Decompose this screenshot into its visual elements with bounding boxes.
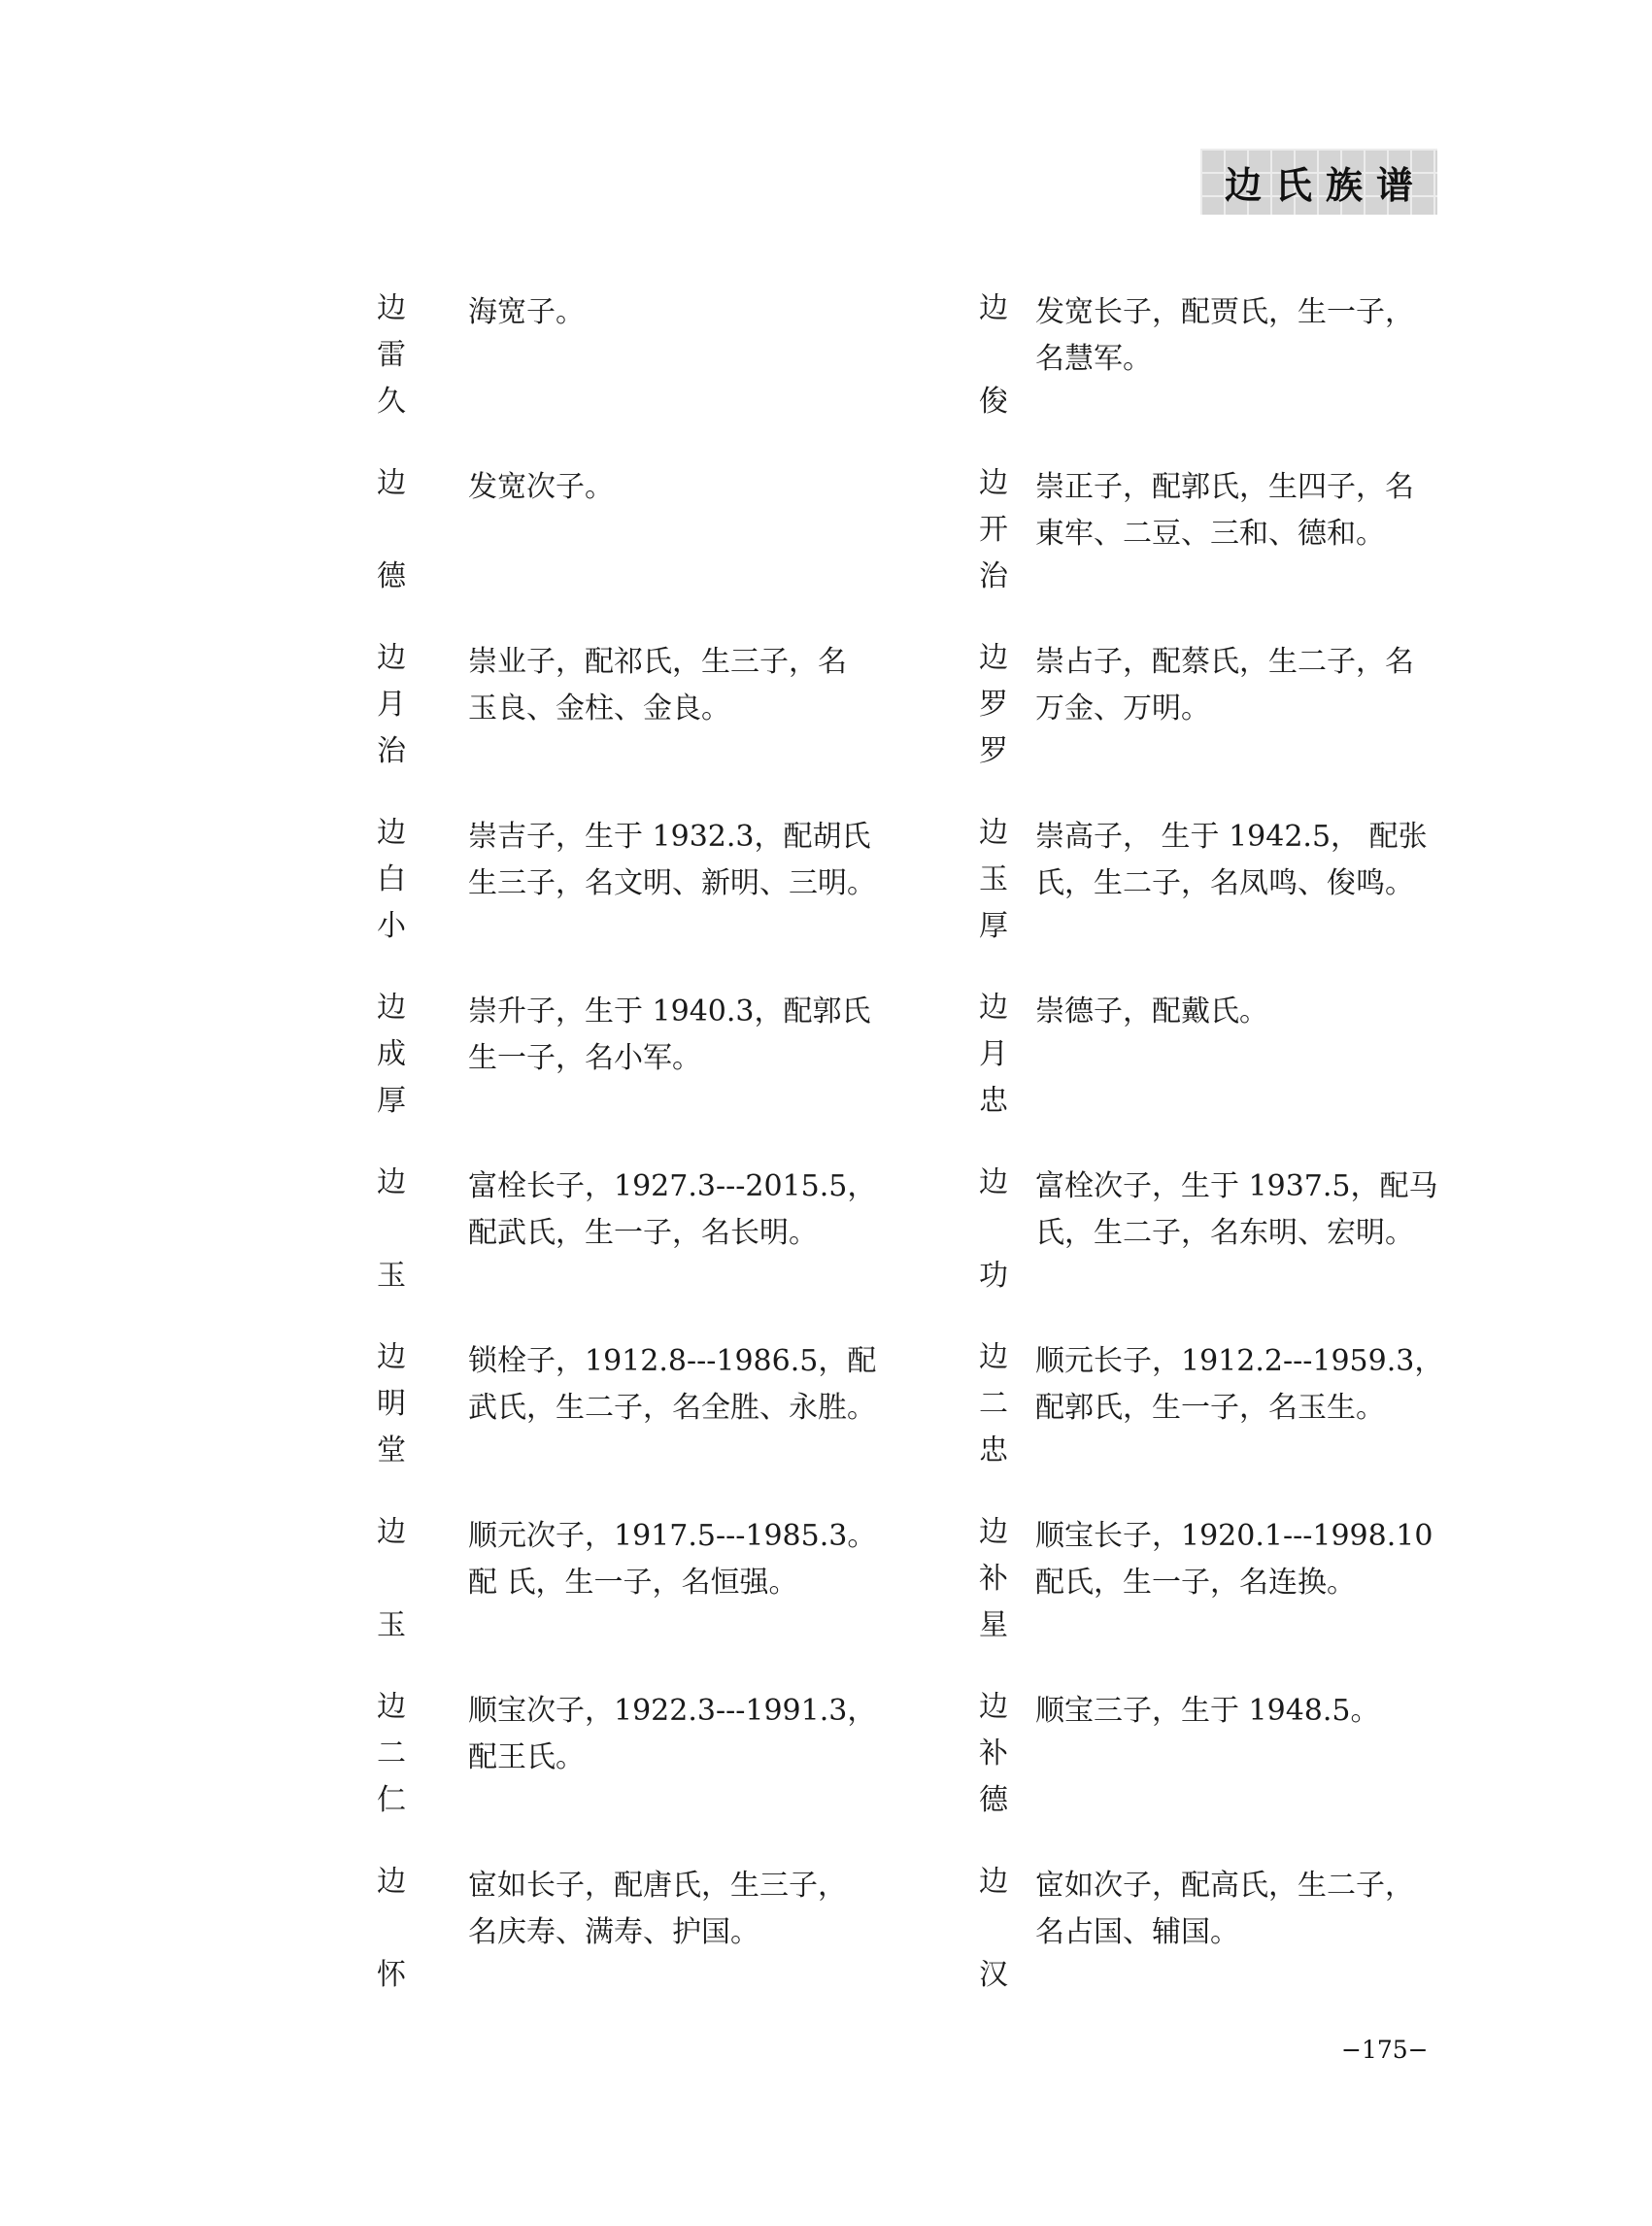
name-character: 汉 xyxy=(976,1956,1011,1995)
genealogy-entry: 边怀宧如长子，配唐氏，生三子，名庆寿、满寿、护国。 xyxy=(374,1867,898,2012)
name-character: 边 xyxy=(374,289,409,328)
person-description: 崇吉子，生于 1932.3，配胡氏生三子，名文明、新明、三明。 xyxy=(468,814,876,907)
genealogy-entry: 边月忠崇德子，配戴氏。 xyxy=(976,993,1462,1138)
description-line: 富栓次子，生于 1937.5，配马 xyxy=(1035,1164,1438,1210)
description-line: 顺宝三子，生于 1948.5。 xyxy=(1035,1688,1380,1735)
page-header-title: 边氏族谱 xyxy=(1211,155,1427,209)
genealogy-entry: 边明堂锁栓子，1912.8---1986.5，配武氏，生二子，名全胜、永胜。 xyxy=(374,1342,898,1488)
description-line: 崇吉子，生于 1932.3，配胡氏 xyxy=(468,814,876,860)
description-line: 顺宝长子，1920.1---1998.10 xyxy=(1035,1513,1433,1560)
description-line: 顺宝次子，1922.3---1991.3， xyxy=(468,1688,876,1735)
description-line: 崇德子，配戴氏。 xyxy=(1035,989,1268,1035)
description-line: 崇正子，配郭氏，生四子，名 xyxy=(1035,464,1414,511)
person-description: 顺元长子，1912.2---1959.3，配郭氏，生一子，名玉生。 xyxy=(1035,1338,1443,1432)
name-character: 边 xyxy=(374,814,409,853)
genealogy-entry: 边汉宧如次子，配高氏，生二子，名占国、辅国。 xyxy=(976,1867,1462,2012)
name-character: 二 xyxy=(374,1735,409,1773)
description-line: 生一子，名小军。 xyxy=(468,1035,871,1082)
person-description: 宧如次子，配高氏，生二子，名占国、辅国。 xyxy=(1035,1863,1414,1956)
page-number: −175− xyxy=(1341,2036,1429,2065)
name-character: 久 xyxy=(374,383,409,422)
name-character: 功 xyxy=(976,1257,1011,1296)
description-line: 玉良、金柱、金良。 xyxy=(468,686,847,732)
name-character: 二 xyxy=(976,1385,1011,1424)
description-line: 配郭氏，生一子，名玉生。 xyxy=(1035,1385,1443,1432)
name-character: 边 xyxy=(976,1338,1011,1377)
name-character: 边 xyxy=(374,1863,409,1902)
name-character: 白 xyxy=(374,860,409,899)
name-character: 边 xyxy=(374,1164,409,1202)
genealogy-entry: 边二仁顺宝次子，1922.3---1991.3，配王氏。 xyxy=(374,1692,898,1838)
genealogy-entry: 边俊发宽长子，配贾氏，生一子，名慧军。 xyxy=(976,293,1462,439)
name-character: 治 xyxy=(374,732,409,771)
name-character xyxy=(976,336,1011,375)
genealogy-entry: 边二忠顺元长子，1912.2---1959.3，配郭氏，生一子，名玉生。 xyxy=(976,1342,1462,1488)
genealogy-entry: 边玉顺元次子，1917.5---1985.3。配 氏，生一子，名恒强。 xyxy=(374,1517,898,1663)
genealogy-entry: 边补星顺宝长子，1920.1---1998.10配氏，生一子，名连换。 xyxy=(976,1517,1462,1663)
name-character xyxy=(374,511,409,550)
name-character: 厚 xyxy=(374,1082,409,1121)
name-character: 玉 xyxy=(976,860,1011,899)
name-character xyxy=(374,1210,409,1249)
description-line: 武氏，生二子，名全胜、永胜。 xyxy=(468,1385,876,1432)
name-character: 怀 xyxy=(374,1956,409,1995)
name-character xyxy=(976,1909,1011,1948)
name-character: 星 xyxy=(976,1606,1011,1645)
name-character: 边 xyxy=(976,1513,1011,1552)
genealogy-entry: 边白小崇吉子，生于 1932.3，配胡氏生三子，名文明、新明、三明。 xyxy=(374,818,898,963)
genealogy-entry: 边功富栓次子，生于 1937.5，配马氏，生二子，名东明、宏明。 xyxy=(976,1167,1462,1313)
name-character: 仁 xyxy=(374,1781,409,1820)
description-line: 发宽长子，配贾氏，生一子， xyxy=(1035,289,1414,336)
description-line: 崇升子，生于 1940.3，配郭氏 xyxy=(468,989,871,1035)
person-description: 崇占子，配蔡氏，生二子，名万金、万明。 xyxy=(1035,639,1414,732)
name-character: 成 xyxy=(374,1035,409,1074)
header-banner: 边氏族谱 xyxy=(1200,149,1437,215)
name-character: 边 xyxy=(976,989,1011,1028)
description-line: 名庆寿、满寿、护国。 xyxy=(468,1909,847,1956)
name-character: 德 xyxy=(976,1781,1011,1820)
name-character xyxy=(374,1560,409,1599)
description-line: 配氏，生一子，名连换。 xyxy=(1035,1560,1433,1606)
description-line: 顺元次子，1917.5---1985.3。 xyxy=(468,1513,876,1560)
name-character: 堂 xyxy=(374,1432,409,1470)
name-character: 边 xyxy=(374,989,409,1028)
name-character: 边 xyxy=(976,464,1011,503)
name-character: 玉 xyxy=(374,1257,409,1296)
description-line: 配王氏。 xyxy=(468,1735,876,1781)
person-description: 富栓次子，生于 1937.5，配马氏，生二子，名东明、宏明。 xyxy=(1035,1164,1438,1257)
description-line: 崇业子，配祁氏，生三子，名 xyxy=(468,639,847,686)
description-line: 氏，生二子，名凤鸣、俊鸣。 xyxy=(1035,860,1428,907)
name-character xyxy=(374,1909,409,1948)
genealogy-entry: 边雷久海宽子。 xyxy=(374,293,898,439)
name-character: 治 xyxy=(976,557,1011,596)
name-character: 明 xyxy=(374,1385,409,1424)
description-line: 发宽次子。 xyxy=(468,464,614,511)
name-character: 边 xyxy=(976,1688,1011,1727)
name-character: 边 xyxy=(976,814,1011,853)
name-character: 边 xyxy=(374,1338,409,1377)
name-character: 边 xyxy=(976,289,1011,328)
description-line: 锁栓子，1912.8---1986.5，配 xyxy=(468,1338,876,1385)
person-description: 崇正子，配郭氏，生四子，名東牢、二豆、三和、德和。 xyxy=(1035,464,1414,557)
person-description: 崇德子，配戴氏。 xyxy=(1035,989,1268,1035)
name-character: 补 xyxy=(976,1560,1011,1599)
name-character: 边 xyxy=(374,1688,409,1727)
description-line: 東牢、二豆、三和、德和。 xyxy=(1035,511,1414,557)
name-character: 边 xyxy=(374,464,409,503)
name-character: 月 xyxy=(374,686,409,725)
genealogy-entry: 边玉富栓长子，1927.3---2015.5，配武氏，生一子，名长明。 xyxy=(374,1167,898,1313)
person-description: 海宽子。 xyxy=(468,289,585,336)
person-description: 崇升子，生于 1940.3，配郭氏生一子，名小军。 xyxy=(468,989,871,1082)
person-description: 锁栓子，1912.8---1986.5，配武氏，生二子，名全胜、永胜。 xyxy=(468,1338,876,1432)
person-description: 顺宝次子，1922.3---1991.3，配王氏。 xyxy=(468,1688,876,1781)
person-description: 顺宝三子，生于 1948.5。 xyxy=(1035,1688,1380,1735)
name-character: 忠 xyxy=(976,1432,1011,1470)
name-character xyxy=(976,1210,1011,1249)
genealogy-entry: 边罗罗崇占子，配蔡氏，生二子，名万金、万明。 xyxy=(976,643,1462,789)
description-line: 崇高子， 生于 1942.5， 配张 xyxy=(1035,814,1428,860)
description-line: 崇占子，配蔡氏，生二子，名 xyxy=(1035,639,1414,686)
genealogy-entry: 边德发宽次子。 xyxy=(374,468,898,614)
name-character: 小 xyxy=(374,907,409,946)
name-character: 罗 xyxy=(976,732,1011,771)
description-line: 氏，生二子，名东明、宏明。 xyxy=(1035,1210,1438,1257)
genealogy-entry: 边开治崇正子，配郭氏，生四子，名東牢、二豆、三和、德和。 xyxy=(976,468,1462,614)
person-description: 发宽长子，配贾氏，生一子，名慧军。 xyxy=(1035,289,1414,383)
description-line: 配武氏，生一子，名长明。 xyxy=(468,1210,876,1257)
name-character: 边 xyxy=(374,639,409,678)
name-character: 开 xyxy=(976,511,1011,550)
name-character: 月 xyxy=(976,1035,1011,1074)
name-character: 边 xyxy=(976,1863,1011,1902)
name-character: 边 xyxy=(976,1164,1011,1202)
person-description: 崇高子， 生于 1942.5， 配张氏，生二子，名凤鸣、俊鸣。 xyxy=(1035,814,1428,907)
name-character: 德 xyxy=(374,557,409,596)
description-line: 名慧军。 xyxy=(1035,336,1414,383)
description-line: 万金、万明。 xyxy=(1035,686,1414,732)
description-line: 宧如长子，配唐氏，生三子， xyxy=(468,1863,847,1909)
person-description: 崇业子，配祁氏，生三子，名玉良、金柱、金良。 xyxy=(468,639,847,732)
person-description: 顺元次子，1917.5---1985.3。配 氏，生一子，名恒强。 xyxy=(468,1513,876,1606)
name-character: 玉 xyxy=(374,1606,409,1645)
genealogy-entry: 边玉厚崇高子， 生于 1942.5， 配张氏，生二子，名凤鸣、俊鸣。 xyxy=(976,818,1462,963)
name-character: 边 xyxy=(976,639,1011,678)
name-character: 俊 xyxy=(976,383,1011,422)
genealogy-entry: 边成厚崇升子，生于 1940.3，配郭氏生一子，名小军。 xyxy=(374,993,898,1138)
description-line: 海宽子。 xyxy=(468,289,585,336)
person-description: 富栓长子，1927.3---2015.5，配武氏，生一子，名长明。 xyxy=(468,1164,876,1257)
genealogy-entry: 边月治崇业子，配祁氏，生三子，名玉良、金柱、金良。 xyxy=(374,643,898,789)
description-line: 名占国、辅国。 xyxy=(1035,1909,1414,1956)
name-character: 补 xyxy=(976,1735,1011,1773)
description-line: 生三子，名文明、新明、三明。 xyxy=(468,860,876,907)
name-character: 忠 xyxy=(976,1082,1011,1121)
person-description: 发宽次子。 xyxy=(468,464,614,511)
genealogy-entry: 边补德顺宝三子，生于 1948.5。 xyxy=(976,1692,1462,1838)
person-description: 宧如长子，配唐氏，生三子，名庆寿、满寿、护国。 xyxy=(468,1863,847,1956)
person-description: 顺宝长子，1920.1---1998.10配氏，生一子，名连换。 xyxy=(1035,1513,1433,1606)
name-character: 罗 xyxy=(976,686,1011,725)
description-line: 配 氏，生一子，名恒强。 xyxy=(468,1560,876,1606)
description-line: 富栓长子，1927.3---2015.5， xyxy=(468,1164,876,1210)
name-character: 厚 xyxy=(976,907,1011,946)
description-line: 宧如次子，配高氏，生二子， xyxy=(1035,1863,1414,1909)
name-character: 边 xyxy=(374,1513,409,1552)
description-line: 顺元长子，1912.2---1959.3， xyxy=(1035,1338,1443,1385)
name-character: 雷 xyxy=(374,336,409,375)
